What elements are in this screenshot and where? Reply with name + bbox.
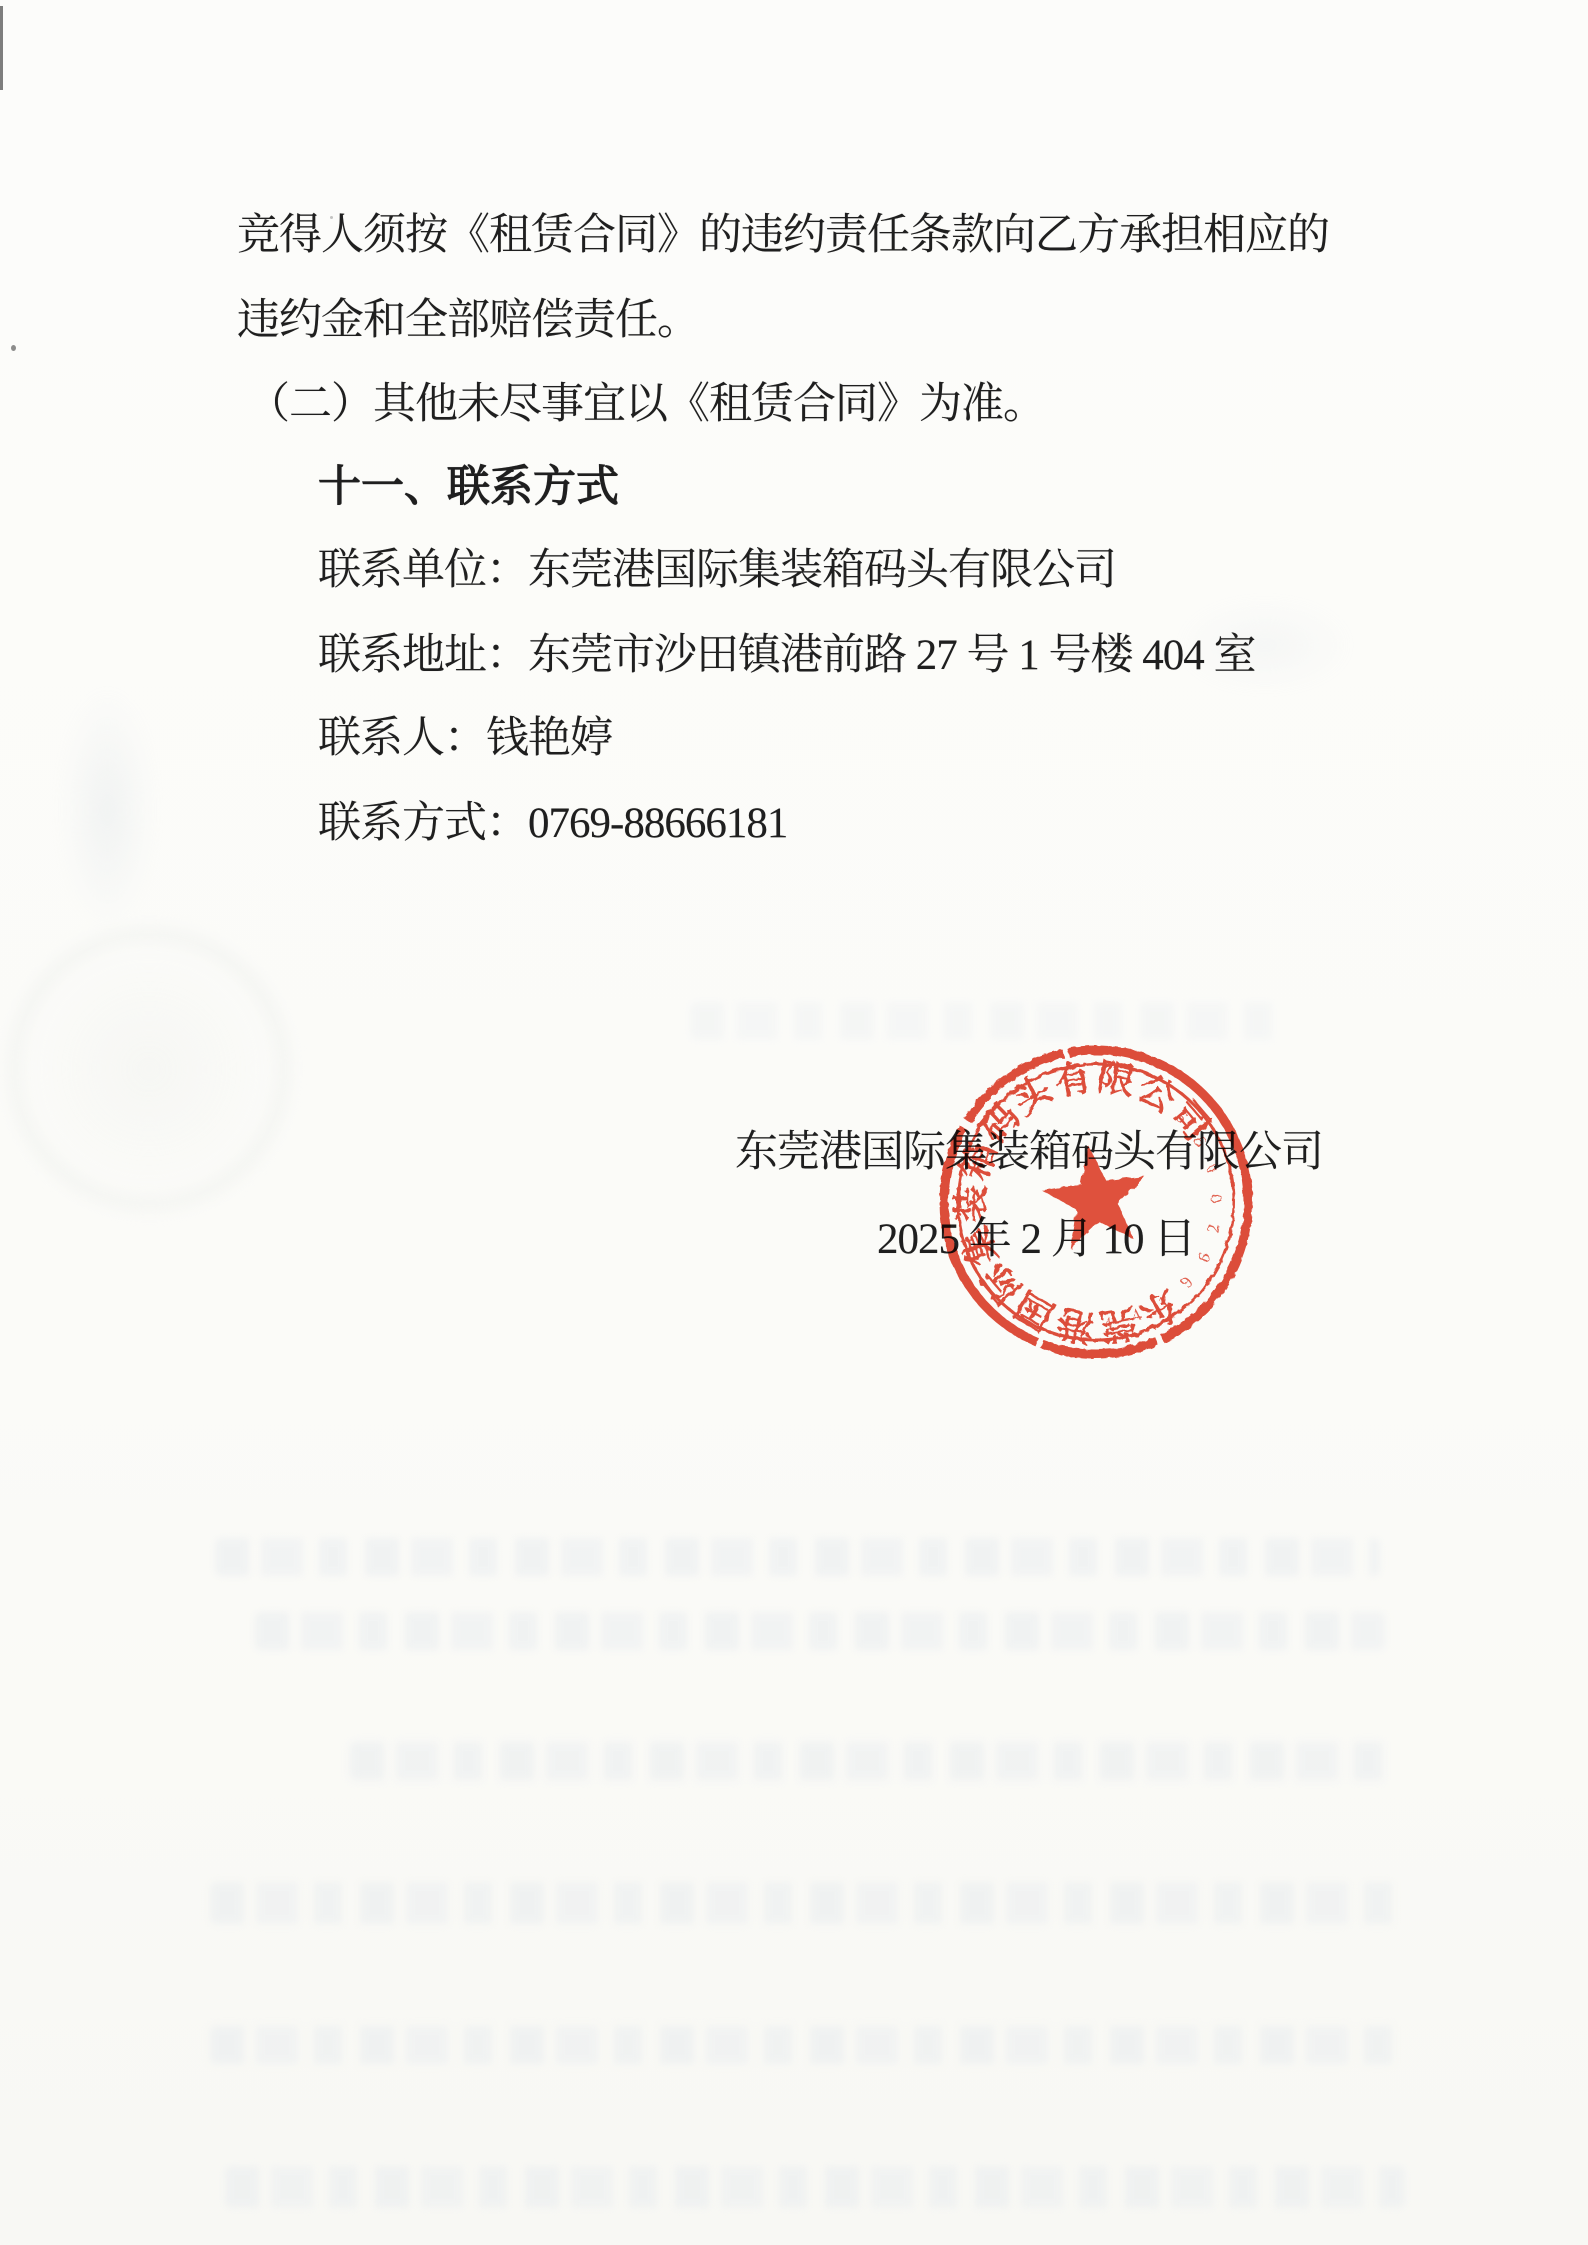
body-line-1: 竞得人须按《租赁合同》的违约责任条款向乙方承担相应的 [237, 211, 1329, 262]
bleedthrough-line [210, 2026, 1410, 2064]
bleedthrough-stamp-artifact [8, 928, 290, 1210]
bleedthrough-line [215, 1538, 1380, 1576]
company-seal-stamp: 东莞港国际集装箱码头有限公司 4419620099 [926, 1032, 1266, 1372]
bleedthrough-line [210, 1882, 1400, 1924]
scan-speck [11, 345, 16, 351]
contact-person-line: 联系人：钱艳婷 [318, 714, 612, 765]
contact-phone-line: 联系方式：0769-88666181 [318, 799, 787, 850]
bleedthrough-line [225, 2166, 1405, 2208]
scanned-document-page: 竞得人须按《租赁合同》的违约责任条款向乙方承担相应的 违约金和全部赔偿责任。 （… [0, 0, 1588, 2245]
body-line-3: （二）其他未尽事宜以《租赁合同》为准。 [247, 380, 1045, 431]
body-line-2: 违约金和全部赔偿责任。 [237, 296, 699, 347]
bleedthrough-smudge [60, 690, 155, 930]
contact-unit-line: 联系单位：东莞港国际集装箱码头有限公司 [318, 546, 1116, 597]
scan-edge-artifact [0, 6, 3, 90]
bleedthrough-line [350, 1742, 1390, 1780]
section-heading: 十一、联系方式 [318, 462, 619, 513]
contact-address-line: 联系地址：东莞市沙田镇港前路 27 号 1 号楼 404 室 [318, 631, 1256, 682]
star-icon [1042, 1146, 1146, 1249]
bleedthrough-line [255, 1612, 1385, 1650]
